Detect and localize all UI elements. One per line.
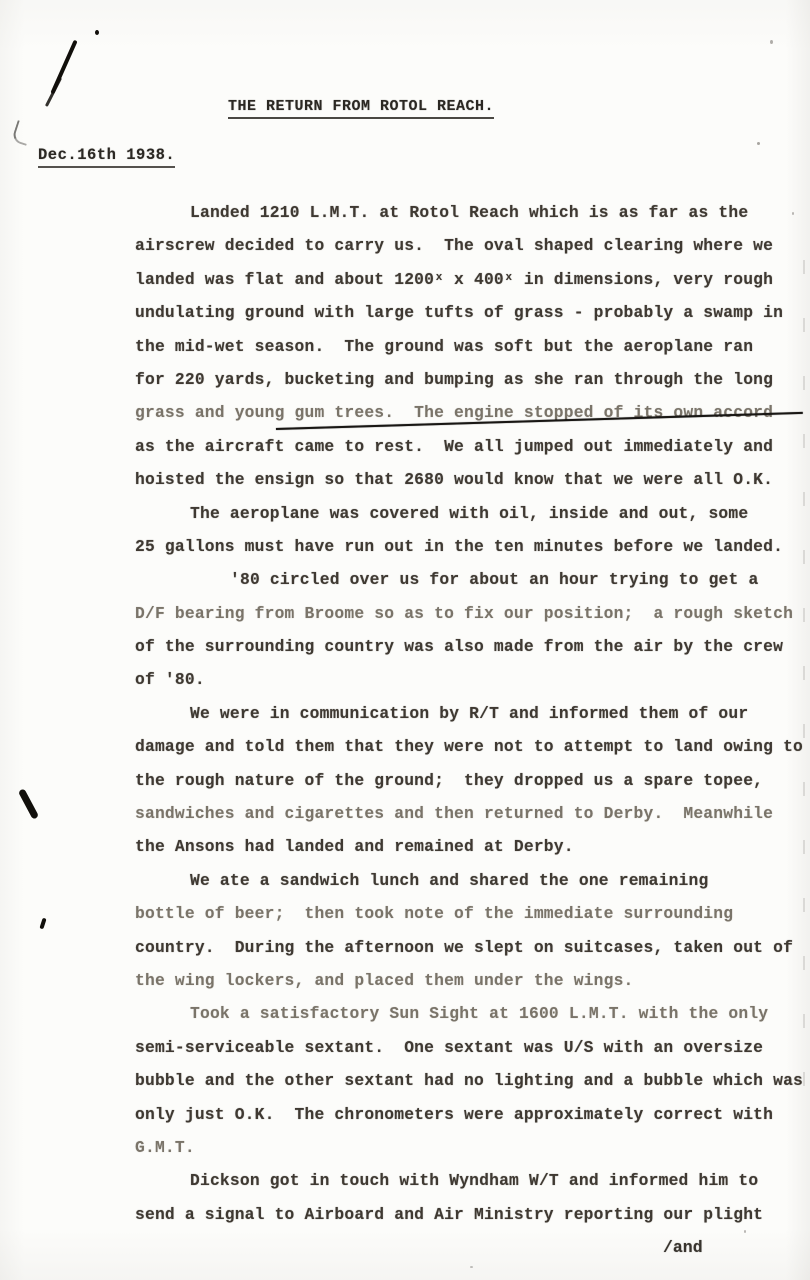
text-line: landed was flat and about 1200ˣ x 400ˣ i…	[135, 263, 807, 296]
scan-layer: THE RETURN FROM ROTOL REACH. Dec.16th 19…	[0, 0, 810, 1280]
text-line: Took a satisfactory Sun Sight at 1600 L.…	[135, 997, 807, 1030]
ink-speck	[770, 40, 773, 44]
text-line: sandwiches and cigarettes and then retur…	[135, 797, 807, 830]
handwritten-pen-dot	[95, 30, 99, 35]
ink-speck	[757, 142, 760, 145]
paragraph: We were in communication by R/T and info…	[135, 697, 807, 864]
text-line: G.M.T.	[135, 1131, 807, 1164]
text-line: The aeroplane was covered with oil, insi…	[135, 497, 807, 530]
margin-pen-mark	[39, 918, 46, 930]
ink-speck	[470, 1266, 473, 1268]
text-line: bottle of beer; then took note of the im…	[135, 897, 807, 930]
text-line: undulating ground with large tufts of gr…	[135, 296, 807, 329]
scanned-document-page: THE RETURN FROM ROTOL REACH. Dec.16th 19…	[0, 0, 810, 1280]
text-line: of the surrounding country was also made…	[135, 630, 807, 663]
text-line: damage and told them that they were not …	[135, 730, 807, 763]
text-line: the mid-wet season. The ground was soft …	[135, 330, 807, 363]
text-line: semi-serviceable sextant. One sextant wa…	[135, 1031, 807, 1064]
paragraph: We ate a sandwich lunch and shared the o…	[135, 864, 807, 998]
text-line: bubble and the other sextant had no ligh…	[135, 1064, 807, 1097]
paragraph: The aeroplane was covered with oil, insi…	[135, 497, 807, 564]
text-line: Dickson got in touch with Wyndham W/T an…	[135, 1164, 807, 1197]
text-line: grass and young gum trees. The engine st…	[135, 396, 807, 429]
text-line: only just O.K. The chronometers were app…	[135, 1098, 807, 1131]
text-line: the rough nature of the ground; they dro…	[135, 764, 807, 797]
handwritten-pen-stroke	[45, 77, 62, 107]
text-line: 25 gallons must have run out in the ten …	[135, 530, 807, 563]
text-line: D/F bearing from Broome so as to fix our…	[135, 597, 807, 630]
text-line: country. During the afternoon we slept o…	[135, 931, 807, 964]
ink-speck	[792, 212, 794, 215]
paragraph: '80 circled over us for about an hour tr…	[135, 563, 807, 697]
paragraph: Dickson got in touch with Wyndham W/T an…	[135, 1164, 807, 1231]
text-line: of '80.	[135, 663, 807, 696]
text-line: for 220 yards, bucketing and bumping as …	[135, 363, 807, 396]
text-line: the Ansons had landed and remained at De…	[135, 830, 807, 863]
text-line: send a signal to Airboard and Air Minist…	[135, 1198, 807, 1231]
text-line: airscrew decided to carry us. The oval s…	[135, 229, 807, 262]
scan-edge-artifacts	[803, 260, 805, 1120]
text-line: hoisted the ensign so that 2680 would kn…	[135, 463, 807, 496]
ink-speck	[744, 1230, 746, 1233]
text-line: Landed 1210 L.M.T. at Rotol Reach which …	[135, 196, 807, 229]
continuation-mark: /and	[663, 1238, 703, 1257]
text-line: We were in communication by R/T and info…	[135, 697, 807, 730]
paragraph: Landed 1210 L.M.T. at Rotol Reach which …	[135, 196, 807, 497]
text-line: We ate a sandwich lunch and shared the o…	[135, 864, 807, 897]
document-title: THE RETURN FROM ROTOL REACH.	[228, 98, 494, 119]
margin-pen-stroke	[18, 788, 39, 820]
date-heading: Dec.16th 1938.	[38, 146, 175, 168]
document-body: Landed 1210 L.M.T. at Rotol Reach which …	[135, 196, 807, 1231]
text-line: as the aircraft came to rest. We all jum…	[135, 430, 807, 463]
paragraph: Took a satisfactory Sun Sight at 1600 L.…	[135, 997, 807, 1164]
text-line: '80 circled over us for about an hour tr…	[135, 563, 807, 596]
handwritten-pen-hook	[11, 120, 33, 146]
text-line: the wing lockers, and placed them under …	[135, 964, 807, 997]
